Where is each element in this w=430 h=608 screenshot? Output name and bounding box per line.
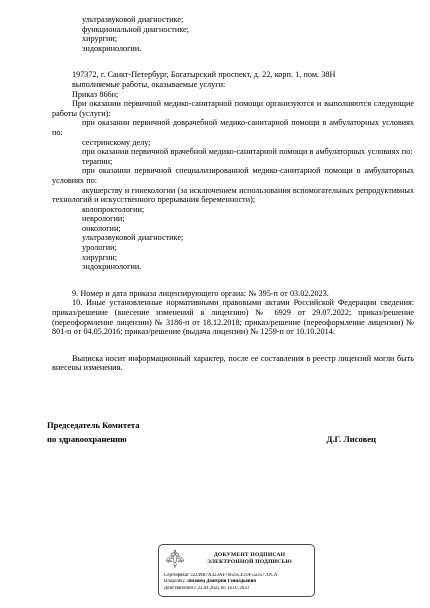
paragraph-spacer <box>52 272 414 289</box>
doc-paragraph: при оказании первичной специализированно… <box>52 166 414 185</box>
certificate-value: 32249B7A323AF76625CE10F55D577DCA <box>190 573 277 578</box>
double-headed-eagle-icon <box>164 548 186 570</box>
owner-label: Владелец: <box>164 579 186 584</box>
doc-paragraph: Выписка носит информационный характер, п… <box>52 354 414 373</box>
doc-paragraph: При оказании первичной медико-санитарной… <box>52 99 414 118</box>
signatory-position: Председатель Комитета по здравоохранению <box>47 418 140 446</box>
stamp-top-row: ДОКУМЕНТ ПОДПИСАН ЭЛЕКТРОННОЙ ПОДПИСЬЮ <box>164 548 309 570</box>
doc-paragraph: онкологии; <box>82 224 414 234</box>
doc-paragraph: терапии; <box>82 157 414 167</box>
stamp-validity-line: Действителен с 22.04.2022 по 16.07.2023 <box>164 586 309 592</box>
paragraph-spacer <box>52 53 414 70</box>
electronic-signature-stamp: ДОКУМЕНТ ПОДПИСАН ЭЛЕКТРОННОЙ ПОДПИСЬЮ С… <box>158 544 315 597</box>
signatory-name: Д.Г. Лисовец <box>326 432 376 446</box>
stamp-header: ДОКУМЕНТ ПОДПИСАН ЭЛЕКТРОННОЙ ПОДПИСЬЮ <box>190 552 309 566</box>
document-body: ультразвуковой диагностике;функционально… <box>52 15 414 373</box>
doc-paragraph: ультразвуковой диагностике; <box>82 233 414 243</box>
doc-paragraph: урологии; <box>82 243 414 253</box>
owner-value: Лисовец Дмитрий Геннадьевич <box>186 579 256 584</box>
doc-paragraph: хирургии; <box>82 253 414 263</box>
doc-paragraph: при оказании первичной врачебной медико-… <box>52 147 414 157</box>
doc-paragraph: 10. Иные установленные нормативными прав… <box>52 298 414 336</box>
doc-paragraph: эндокринологии. <box>82 44 414 54</box>
doc-paragraph: Приказ 866н; <box>52 90 414 100</box>
doc-paragraph: ультразвуковой диагностике; <box>82 15 414 25</box>
doc-paragraph: 197372, г. Санкт-Петербург, Богатырский … <box>52 70 414 80</box>
signature-block: Председатель Комитета по здравоохранению… <box>47 418 376 446</box>
doc-paragraph: сестринскому делу; <box>82 138 414 148</box>
doc-paragraph: функциональной диагностике; <box>82 25 414 35</box>
document-page: ультразвуковой диагностике;функционально… <box>0 0 430 608</box>
doc-paragraph: выполняемые работы, оказываемые услуги: <box>52 80 414 90</box>
doc-paragraph: при оказании первичной доврачебной медик… <box>52 118 414 137</box>
paragraph-spacer <box>52 337 414 354</box>
stamp-details: Сертификат 32249B7A323AF76625CE10F55D577… <box>164 573 309 592</box>
doc-paragraph: колопроктологии; <box>82 205 414 215</box>
doc-paragraph: акушерству и гинекологии (за исключением… <box>52 186 414 205</box>
doc-paragraph: хирургии; <box>82 34 414 44</box>
doc-paragraph: 9. Номер и дата приказа лицензирующего о… <box>52 289 414 299</box>
doc-paragraph: неврологии; <box>82 214 414 224</box>
certificate-label: Сертификат <box>164 573 190 578</box>
doc-paragraph: эндокринологии. <box>82 262 414 272</box>
